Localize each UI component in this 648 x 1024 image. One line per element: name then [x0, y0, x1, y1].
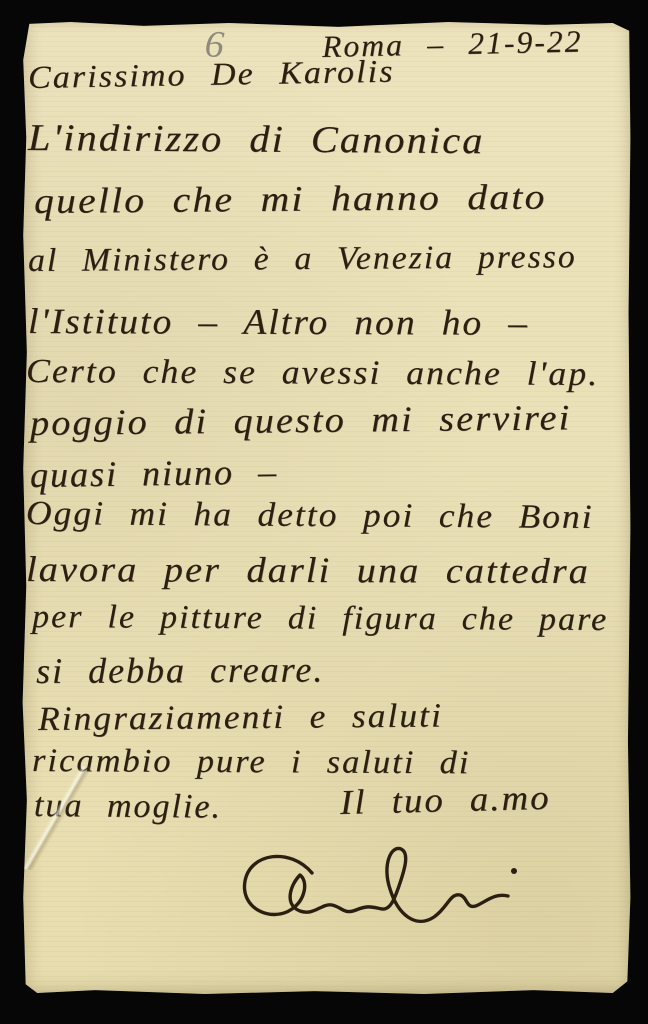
signature: [220, 841, 530, 961]
closing-line: Il tuo a.mo: [340, 780, 551, 820]
salutation-line: Carissimo De Karolis: [28, 55, 395, 93]
body-line: quasi niuno –: [30, 454, 278, 493]
letter-paper: 6 Roma – 21-9-22 Carissimo De Karolis L'…: [22, 21, 631, 995]
body-line: l'Istituto – Altro non ho –: [28, 303, 529, 341]
body-line: si debba creare.: [36, 651, 324, 689]
scanned-letter-background: 6 Roma – 21-9-22 Carissimo De Karolis L'…: [0, 0, 648, 1024]
body-line: lavora per darli una cattedra: [26, 551, 590, 589]
body-line: L'indirizzo di Canonica: [28, 119, 485, 160]
body-line: tua moglie.: [34, 789, 222, 825]
body-line: poggio di questo mi servirei: [30, 399, 572, 441]
signature-flourish-icon: [220, 841, 530, 961]
body-line: al Ministero è a Venezia presso: [28, 241, 577, 278]
body-line: Ringraziamenti e saluti: [38, 699, 443, 737]
body-line: Certo che se avessi anche l'ap.: [26, 355, 599, 392]
body-line: ricambio pure i saluti di: [32, 745, 471, 780]
body-line: per le pitture di figura che pare: [32, 601, 608, 637]
body-line: Oggi mi ha detto poi che Boni: [26, 497, 594, 535]
body-line: quello che mi hanno dato: [34, 179, 547, 219]
